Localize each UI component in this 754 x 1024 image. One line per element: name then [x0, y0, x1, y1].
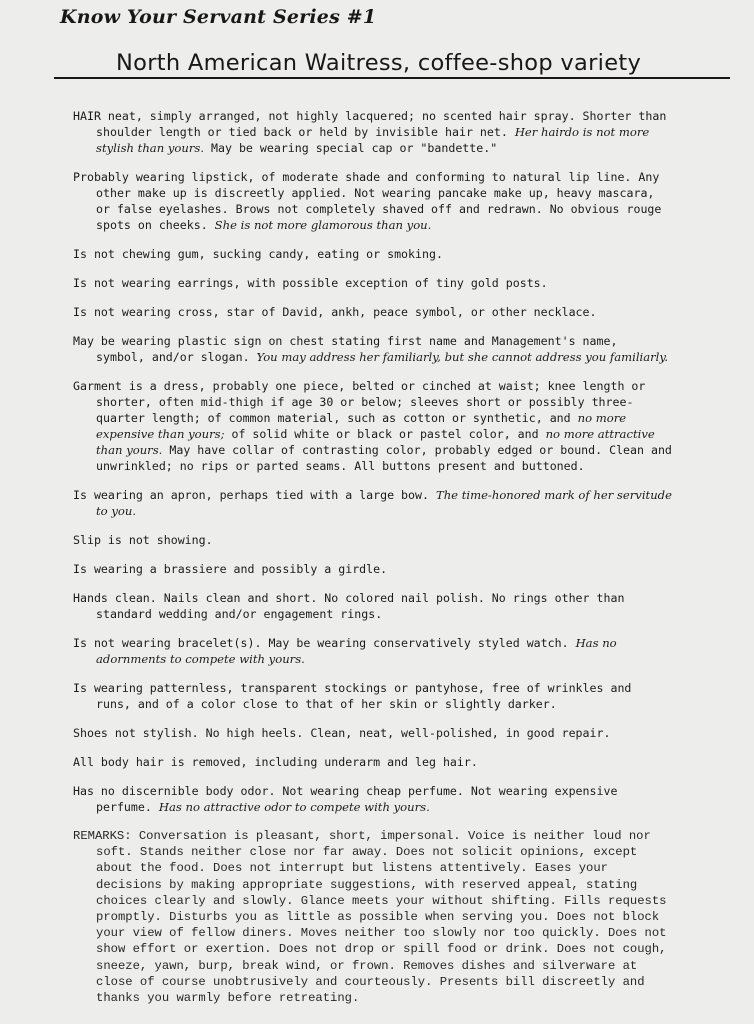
- list-item: Probably wearing lipstick, of moderate s…: [73, 169, 673, 233]
- paragraph-text: Is not wearing bracelet(s). May be weari…: [73, 636, 576, 650]
- paragraph-text: All body hair is removed, including unde…: [73, 755, 478, 769]
- paragraph-text: Is not wearing earrings, with possible e…: [73, 276, 548, 290]
- list-item: Is not wearing earrings, with possible e…: [73, 275, 673, 291]
- list-item: Is not wearing bracelet(s). May be weari…: [73, 635, 673, 667]
- paragraph-list: HAIR neat, simply arranged, not highly l…: [73, 108, 673, 815]
- list-item: May be wearing plastic sign on chest sta…: [73, 333, 673, 365]
- list-item: Is not chewing gum, sucking candy, eatin…: [73, 246, 673, 262]
- list-item: Garment is a dress, probably one piece, …: [73, 378, 673, 474]
- paragraph-text: May be wearing special cap or "bandette.…: [204, 141, 497, 155]
- list-item: Hands clean. Nails clean and short. No c…: [73, 590, 673, 622]
- paragraph-text: Is not wearing cross, star of David, ank…: [73, 305, 597, 319]
- list-item: Is not wearing cross, star of David, ank…: [73, 304, 673, 320]
- paragraph-text: Is wearing an apron, perhaps tied with a…: [73, 488, 436, 502]
- list-item: Is wearing an apron, perhaps tied with a…: [73, 487, 673, 519]
- document-title: North American Waitress, coffee-shop var…: [116, 50, 641, 76]
- list-item: Has no discernible body odor. Not wearin…: [73, 783, 673, 815]
- paragraph-text: of solid white or black or pastel color,…: [225, 427, 546, 441]
- series-heading: Know Your Servant Series #1: [60, 6, 376, 28]
- list-item: Slip is not showing.: [73, 532, 673, 548]
- remarks-paragraph: REMARKS: Conversation is pleasant, short…: [73, 828, 673, 1006]
- list-item: Is wearing patternless, transparent stoc…: [73, 680, 673, 712]
- paragraph-text: Slip is not showing.: [73, 533, 213, 547]
- italic-aside: She is not more glamorous than you.: [215, 218, 432, 232]
- italic-aside: You may address her familiarly, but she …: [257, 350, 669, 364]
- paragraph-text: Hands clean. Nails clean and short. No c…: [73, 591, 624, 621]
- paragraph-text: Is wearing a brassiere and possibly a gi…: [73, 562, 387, 576]
- paragraph-text: May have collar of contrasting color, pr…: [96, 443, 672, 473]
- paragraph-text: Is not chewing gum, sucking candy, eatin…: [73, 247, 443, 261]
- italic-aside: Has no attractive odor to compete with y…: [159, 800, 430, 814]
- list-item: Shoes not stylish. No high heels. Clean,…: [73, 725, 673, 741]
- list-item: Is wearing a brassiere and possibly a gi…: [73, 561, 673, 577]
- paragraph-text: Garment is a dress, probably one piece, …: [73, 379, 645, 425]
- list-item: All body hair is removed, including unde…: [73, 754, 673, 770]
- paragraph-text: Shoes not stylish. No high heels. Clean,…: [73, 726, 610, 740]
- list-item: HAIR neat, simply arranged, not highly l…: [73, 108, 673, 156]
- title-underline: [54, 77, 730, 79]
- paragraph-text: Is wearing patternless, transparent stoc…: [73, 681, 631, 711]
- document-body: HAIR neat, simply arranged, not highly l…: [73, 108, 673, 1006]
